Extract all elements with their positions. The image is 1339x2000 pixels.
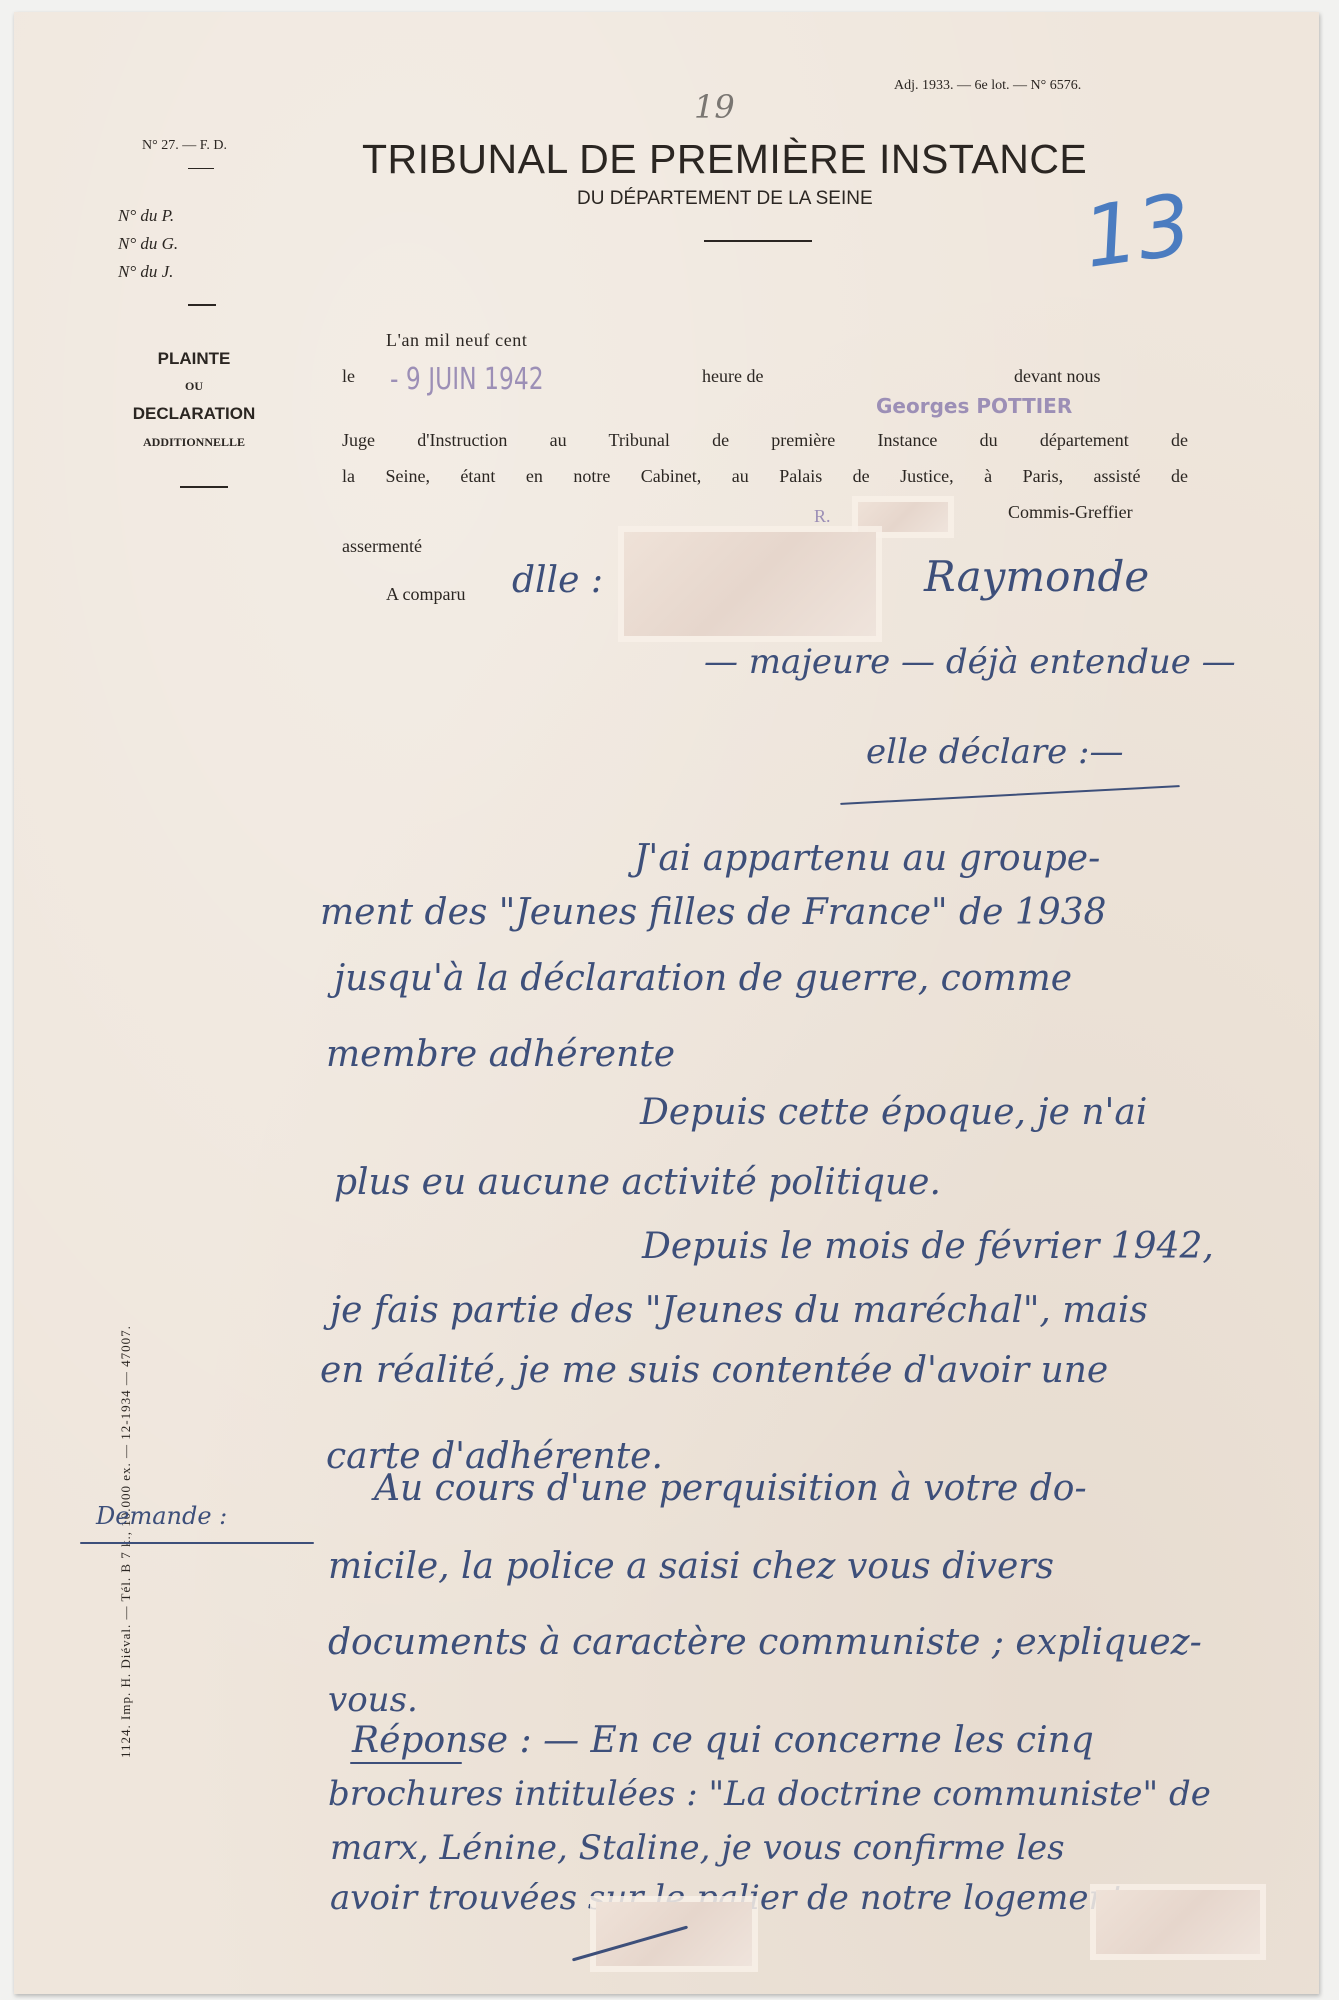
divider <box>188 304 216 306</box>
statement-line: je fais partie des "Jeunes du maréchal",… <box>330 1290 1148 1331</box>
document-page: N° 27. — F. D. 19 Adj. 1933. — 6e lot. —… <box>14 12 1319 1994</box>
no-du-j: N° du J. <box>118 258 178 286</box>
statement-line: Au cours d'une perquisition à votre do- <box>374 1468 1087 1509</box>
doc-type-ou: OU <box>104 372 284 400</box>
statement-line: vous. <box>328 1680 418 1720</box>
margin-note-demande: Demande : <box>96 1502 227 1530</box>
doc-type-plainte: PLAINTE <box>104 346 284 372</box>
divider <box>188 168 214 169</box>
statement-line: plus eu aucune activité politique. <box>334 1162 941 1203</box>
form-number: N° 27. — F. D. <box>142 138 227 154</box>
date-stamp: - 9 JUIN 1942 <box>390 362 544 397</box>
devant-label: devant nous <box>1014 366 1100 387</box>
compar-title: dlle : <box>512 560 603 601</box>
heure-label: heure de <box>702 366 763 387</box>
no-du-p: N° du P. <box>118 202 178 230</box>
doc-type-additionnelle: ADDITIONNELLE <box>104 428 284 456</box>
statement-line: membre adhérente <box>326 1034 675 1075</box>
response-underline <box>350 1762 462 1764</box>
compar-label: A comparu <box>386 584 465 605</box>
statement-line: en réalité, je me suis contentée d'avoir… <box>320 1350 1108 1391</box>
seine-line: la Seine, étant en notre Cabinet, au Pal… <box>342 466 1188 487</box>
witness-first-name: Raymonde <box>924 552 1149 601</box>
statement-line: Depuis le mois de février 1942, <box>642 1226 1214 1267</box>
statement-line: Réponse : — En ce qui concerne les cinq <box>352 1720 1094 1761</box>
sidebar-numbers: N° du P. N° du G. N° du J. <box>118 202 178 286</box>
title-divider <box>704 240 812 242</box>
doc-type-block: PLAINTE OU DECLARATION ADDITIONNELLE <box>104 346 284 456</box>
le-label: le <box>342 366 355 387</box>
clerk-stamp: R. <box>814 506 831 527</box>
page-title: TRIBUNAL DE PREMIÈRE INSTANCE <box>362 136 1087 183</box>
no-du-g: N° du G. <box>118 230 178 258</box>
statement-line: brochures intitulées : "La doctrine comm… <box>328 1774 1211 1814</box>
statement-line: micile, la police a saisi chez vous dive… <box>328 1546 1054 1587</box>
statement-line: documents à caractère communiste ; expli… <box>328 1622 1202 1663</box>
doc-type-declaration: DECLARATION <box>104 400 284 428</box>
pencil-page-number: 19 <box>694 88 735 126</box>
statement-line: ment des "Jeunes filles de France" de 19… <box>320 892 1106 933</box>
redaction-clerk-name <box>858 502 948 532</box>
declaration-underline <box>840 785 1180 805</box>
crayon-page-number: 13 <box>1078 175 1197 287</box>
margin-note-underline <box>80 1542 314 1544</box>
year-line: L'an mil neuf cent <box>386 330 528 351</box>
declaration-intro: elle déclare :— <box>866 732 1124 772</box>
redaction-surname <box>624 532 876 636</box>
print-reference: Adj. 1933. — 6e lot. — N° 6576. <box>894 78 1081 94</box>
statement-line: marx, Lénine, Staline, je vous confirme … <box>330 1828 1065 1868</box>
commis-label: Commis-Greffier <box>1008 502 1133 523</box>
redaction-signature-right <box>1096 1890 1260 1954</box>
witness-status: — majeure — déjà entendue — <box>704 642 1236 682</box>
judge-stamp: Georges POTTIER <box>876 394 1072 418</box>
statement-line: J'ai appartenu au groupe- <box>634 838 1100 879</box>
page-subtitle: DU DÉPARTEMENT DE LA SEINE <box>577 188 873 210</box>
statement-line: Depuis cette époque, je n'ai <box>640 1092 1147 1133</box>
divider <box>180 486 228 488</box>
assermente-label: assermenté <box>342 536 422 557</box>
redaction-signature-left <box>596 1902 752 1966</box>
statement-line: jusqu'à la déclaration de guerre, comme <box>334 958 1072 999</box>
juge-line: Juge d'Instruction au Tribunal de premiè… <box>342 430 1188 451</box>
